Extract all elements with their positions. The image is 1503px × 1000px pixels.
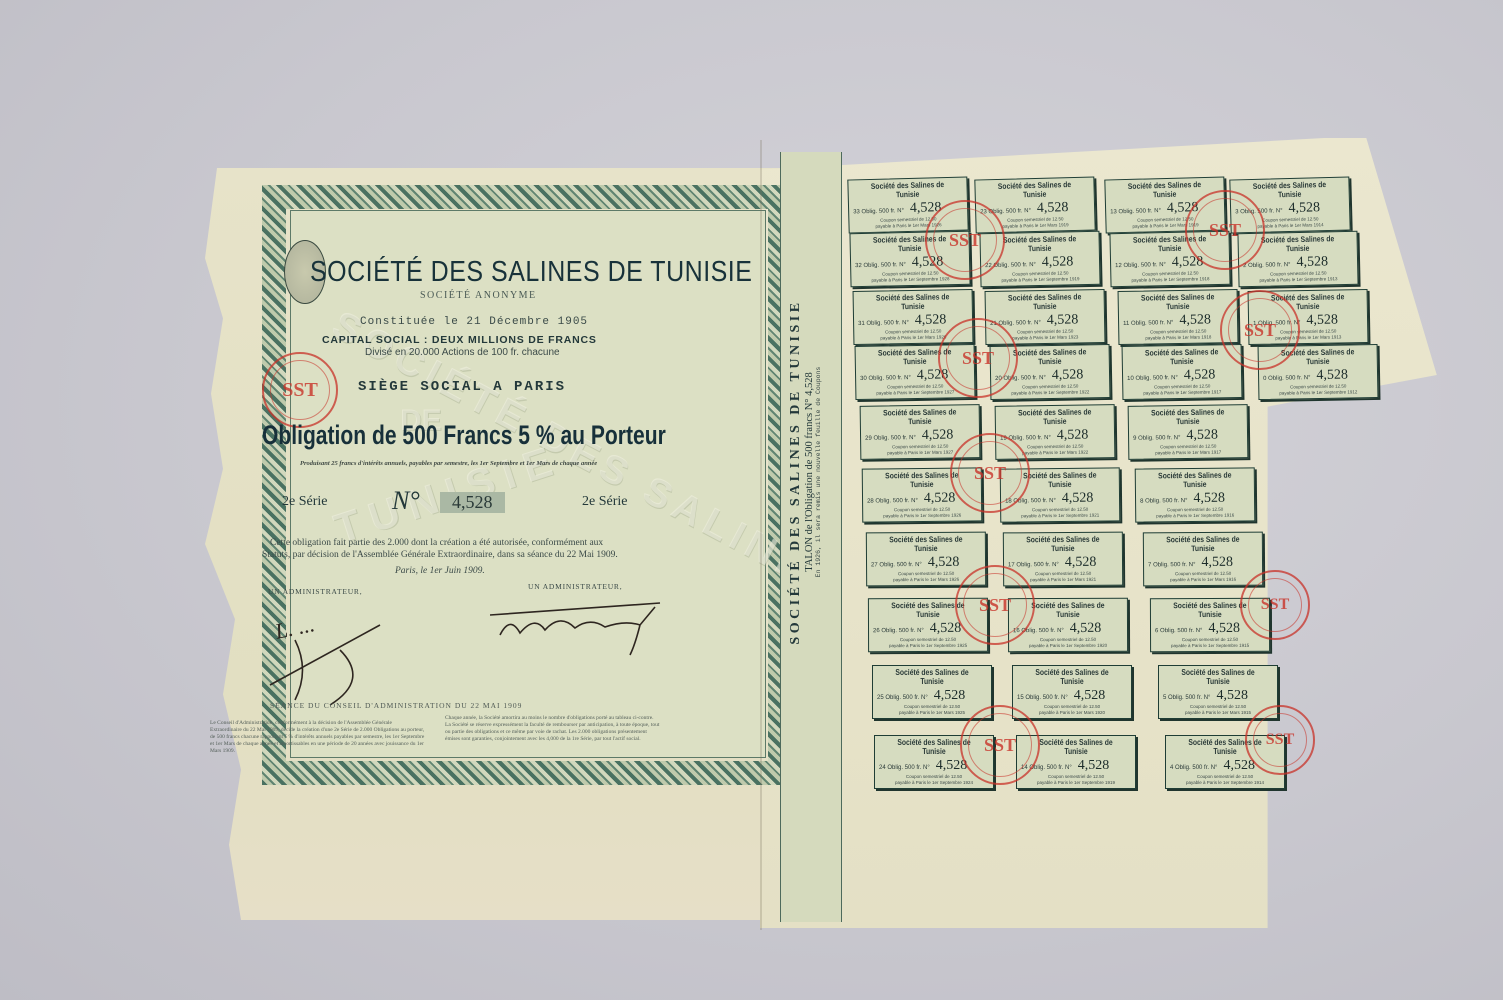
coupon-payable-date: payable à Paris le 1er Mars 1920 — [1017, 710, 1127, 716]
coupon-number-line: 5 Oblig. 500 fr. N°4,528 — [1163, 688, 1273, 704]
coupon-index: 10 — [1127, 376, 1134, 382]
coupon-oblig-label: Oblig. 500 fr. N° — [866, 320, 909, 327]
coupon-index: 7 — [1148, 562, 1151, 568]
coupon-index: 4 — [1170, 765, 1173, 771]
coupon-bond-number: 4,528 — [928, 555, 960, 570]
coupon-bond-number: 4,528 — [1288, 200, 1320, 216]
coupon-bond-number: 4,528 — [1223, 758, 1255, 773]
coupon-bond-number: 4,528 — [1193, 491, 1225, 506]
coupon-index: 15 — [1017, 695, 1024, 701]
coupon-index: 5 — [1163, 695, 1166, 701]
coupon-payable-date: payable à Paris le 1er Mars 1917 — [1133, 449, 1243, 457]
coupon-number-line: 29 Oblig. 500 fr. N°4,528 — [865, 427, 975, 445]
coupon-header: Société des Salines de Tunisie — [1118, 180, 1212, 200]
coupon-bond-number: 4,528 — [1296, 254, 1328, 270]
coupon-payable-date: payable à Paris le 1er Mars 1918 — [1123, 334, 1233, 342]
coupon-bond-number: 4,528 — [1184, 367, 1216, 383]
coupon-oblig-label: Oblig. 500 fr. N° — [1160, 628, 1202, 634]
board-text-right: Chaque année, la Société amortira au moi… — [445, 715, 660, 743]
coupon-payable-date: payable à Paris le 1er Mars 1916 — [1148, 577, 1258, 584]
company-title: SOCIÉTÉ DES SALINES DE TUNISIE — [310, 256, 752, 289]
coupon-header: Société des Salines de Tunisie — [1025, 668, 1119, 686]
coupon-bond-number: 4,528 — [930, 621, 962, 636]
signatory-label-right: UN ADMINISTRATEUR, — [528, 582, 622, 591]
coupon-bond-number: 4,528 — [1047, 312, 1079, 328]
coupon-header: Société des Salines de Tunisie — [1029, 738, 1123, 756]
coupon-index: 13 — [1110, 209, 1117, 215]
coupon-oblig-label: Oblig. 500 fr. N° — [993, 262, 1036, 269]
coupon-oblig-label: Oblig. 500 fr. N° — [1021, 628, 1063, 634]
coupon-number-line: 9 Oblig. 500 fr. N°4,528 — [1133, 427, 1243, 445]
coupon-payable-date: payable à Paris le 1er Septembre 1915 — [1155, 643, 1265, 649]
talon-note: En 1926, il sera remis une nouvelle feui… — [815, 122, 822, 822]
talon-company: SOCIÉTÉ DES SALINES DE TUNISIE — [788, 122, 804, 822]
coupon-index: 32 — [855, 263, 862, 269]
coupon-bond-number: 4,528 — [1052, 367, 1084, 383]
constitution-date: Constituée le 21 Décembre 1905 — [360, 316, 588, 328]
coupon-oblig-label: Oblig. 500 fr. N° — [1153, 562, 1195, 568]
coupon-header: Société des Salines de Tunisie — [1148, 471, 1242, 490]
capital-division: Divisé en 20.000 Actions de 100 fr. chac… — [365, 347, 560, 358]
coupon-stamp-icon: SST — [1220, 290, 1300, 370]
series-right: 2e Série — [582, 494, 627, 510]
certificate-number: 4,528 — [440, 492, 505, 513]
coupon-bond-number: 4,528 — [1208, 621, 1240, 636]
coupon-stamp-icon: SST — [955, 565, 1035, 645]
coupon-payable-date: payable à Paris le 1er Septembre 1921 — [1005, 512, 1115, 519]
coupon-bond-number: 4,528 — [1078, 758, 1110, 773]
coupon-bond-number: 4,528 — [1037, 200, 1069, 216]
coupon-header: Société des Salines de Tunisie — [1016, 535, 1110, 554]
board-session-heading: SÉANCE DU CONSEIL D'ADMINISTRATION DU 22… — [270, 701, 522, 710]
coupon-index: 12 — [1115, 263, 1122, 269]
coupon-bond-number: 4,528 — [1179, 312, 1211, 328]
coupon-header: Société des Salines de Tunisie — [873, 407, 967, 426]
coupon-bond-number: 4,528 — [1186, 428, 1218, 443]
coupon-payable-date: payable à Paris le 1er Septembre 1918 — [1115, 276, 1225, 284]
coupon-oblig-label: Oblig. 500 fr. N° — [1118, 208, 1161, 215]
stamp-monogram: SST — [282, 379, 318, 402]
coupon-number-line: 10 Oblig. 500 fr. N°4,528 — [1127, 367, 1237, 385]
coupon-number-line: 14 Oblig. 500 fr. N°4,528 — [1021, 758, 1131, 774]
coupon-bond-number: 4,528 — [1306, 312, 1338, 328]
coupon-index: 9 — [1133, 436, 1136, 442]
coupon-oblig-label: Oblig. 500 fr. N° — [881, 628, 923, 634]
coupon-header: Société des Salines de Tunisie — [861, 180, 955, 200]
coupon-payable-date: payable à Paris le 1er Septembre 1922 — [995, 389, 1105, 397]
coupon-number-line: 15 Oblig. 500 fr. N°4,528 — [1017, 688, 1127, 704]
legal-form: SOCIÉTÉ ANONYME — [420, 290, 537, 301]
coupon-oblig-label: Oblig. 500 fr. N° — [863, 262, 906, 269]
fold-line — [760, 140, 762, 930]
coupon-index: 31 — [858, 321, 865, 327]
coupon-index: 24 — [879, 765, 886, 771]
coupon-stamp-icon: SST — [1245, 705, 1315, 775]
coupon-oblig-label: Oblig. 500 fr. N° — [1168, 695, 1210, 701]
coupon-payable-date: payable à Paris le 1er Septembre 1917 — [1127, 389, 1237, 397]
coupon-payable-date: payable à Paris le 1er Septembre 1919 — [1021, 780, 1131, 786]
coupon-stamp-icon: SST — [950, 433, 1030, 513]
coupon-payable-date: payable à Paris le 1er Septembre 1919 — [985, 276, 1095, 284]
coupon-oblig-label: Oblig. 500 fr. N° — [1248, 262, 1291, 269]
coupon-bond-number: 4,528 — [922, 428, 954, 443]
bond-headline: Obligation de 500 Francs 5 % au Porteur — [262, 420, 666, 451]
coupon-index: 26 — [873, 628, 880, 634]
coupon: Société des Salines de Tunisie9 Oblig. 5… — [1128, 404, 1249, 460]
coupon-number-line: 27 Oblig. 500 fr. N°4,528 — [871, 555, 981, 572]
place-date: Paris, le 1er Juin 1909. — [395, 566, 485, 576]
talon-title: TALON de l'Obligation de 500 francs N° 4… — [804, 122, 815, 822]
coupon-index: 25 — [877, 695, 884, 701]
signature-left-flourish-icon — [260, 600, 410, 710]
coupon-header: Société des Salines de Tunisie — [1156, 535, 1250, 554]
coupon-index: 30 — [860, 376, 867, 382]
coupon-stamp-icon: SST — [938, 318, 1018, 398]
coupon-bond-number: 4,528 — [1062, 491, 1094, 506]
coupon-oblig-label: Oblig. 500 fr. N° — [885, 695, 927, 701]
registered-office: SIÈGE SOCIAL A PARIS — [358, 379, 566, 395]
coupon: Société des Salines de Tunisie25 Oblig. … — [872, 665, 992, 719]
coupon-bond-number: 4,528 — [1316, 367, 1348, 383]
coupon-bond-number: 4,528 — [1042, 254, 1074, 270]
coupon-bond-number: 4,528 — [1074, 688, 1106, 703]
coupon-oblig-label: Oblig. 500 fr. N° — [1131, 320, 1174, 327]
coupon-number-line: 11 Oblig. 500 fr. N°4,528 — [1123, 312, 1233, 330]
coupon-stamp-icon: SST — [925, 200, 1005, 280]
coupon-header: Société des Salines de Tunisie — [1021, 601, 1115, 619]
coupon-bond-number: 4,528 — [1057, 428, 1089, 443]
coupon-oblig-label: Oblig. 500 fr. N° — [1175, 765, 1217, 771]
coupon-index: 33 — [853, 209, 860, 215]
coupon-stamp-icon: SST — [1185, 190, 1265, 270]
talon-text: SOCIÉTÉ DES SALINES DE TUNISIE TALON de … — [788, 122, 822, 822]
coupon-number-line: 8 Oblig. 500 fr. N°4,528 — [1140, 490, 1250, 507]
coupon: Société des Salines de Tunisie15 Oblig. … — [1012, 665, 1132, 719]
coupon-oblig-label: Oblig. 500 fr. N° — [1016, 562, 1058, 568]
coupon-header: Société des Salines de Tunisie — [1131, 292, 1225, 312]
coupon-bond-number: 4,528 — [915, 312, 947, 328]
coupon-header: Société des Salines de Tunisie — [1008, 407, 1102, 426]
coupon-index: 28 — [867, 499, 874, 505]
coupon-index: 8 — [1140, 499, 1143, 505]
coupon-payable-date: payable à Paris le 1er Septembre 1913 — [1243, 276, 1353, 284]
coupon-oblig-label: Oblig. 500 fr. N° — [1145, 498, 1187, 504]
authorization-text-line1: Cette obligation fait partie des 2.000 d… — [270, 538, 603, 548]
signature-right-icon — [490, 595, 690, 665]
coupon-header: Société des Salines de Tunisie — [1135, 347, 1229, 367]
coupon-oblig-label: Oblig. 500 fr. N° — [1135, 375, 1178, 382]
coupon-index: 6 — [1155, 628, 1158, 634]
coupon-oblig-label: Oblig. 500 fr. N° — [868, 375, 911, 382]
coupon-header: Société des Salines de Tunisie — [879, 535, 973, 554]
signatory-label-left: UN ADMINISTRATEUR, — [268, 587, 362, 596]
coupon-payable-date: payable à Paris le 1er Septembre 1914 — [1170, 780, 1280, 786]
coupon-payable-date: payable à Paris le 1er Septembre 1925 — [873, 643, 983, 649]
coupon-oblig-label: Oblig. 500 fr. N° — [887, 765, 929, 771]
coupon-index: 11 — [1123, 321, 1129, 327]
coupon-payable-date: payable à Paris le 1er Septembre 1928 — [855, 276, 965, 284]
coupon-stamp-icon: SST — [1240, 570, 1310, 640]
coupon-number-line: 0 Oblig. 500 fr. N°4,528 — [1263, 367, 1373, 385]
series-left: 2e Série — [282, 494, 327, 510]
coupon-oblig-label: Oblig. 500 fr. N° — [879, 562, 921, 568]
coupon: Société des Salines de Tunisie8 Oblig. 5… — [1135, 467, 1256, 522]
coupon-oblig-label: Oblig. 500 fr. N° — [873, 435, 916, 442]
coupon-number-line: 21 Oblig. 500 fr. N°4,528 — [990, 312, 1100, 330]
coupon-payable-date: payable à Paris le 1er Septembre 1926 — [867, 512, 977, 519]
coupon-bond-number: 4,528 — [1065, 555, 1097, 570]
coupon-oblig-label: Oblig. 500 fr. N° — [875, 498, 917, 504]
coupon-oblig-label: Oblig. 500 fr. N° — [861, 208, 904, 215]
interest-note: Produisant 25 francs d'intérêts annuels,… — [300, 460, 597, 467]
coupon-payable-date: payable à Paris le 1er Septembre 1912 — [1263, 389, 1373, 397]
coupon-payable-date: payable à Paris le 1er Mars 1925 — [877, 710, 987, 716]
coupon-oblig-label: Oblig. 500 fr. N° — [1138, 435, 1181, 442]
coupon-number-line: 17 Oblig. 500 fr. N°4,528 — [1008, 555, 1118, 572]
coupon-header: Société des Salines de Tunisie — [998, 292, 1092, 312]
coupon-header: Société des Salines de Tunisie — [993, 234, 1087, 254]
coupon-oblig-label: Oblig. 500 fr. N° — [998, 320, 1041, 327]
coupon-number-line: 25 Oblig. 500 fr. N°4,528 — [877, 688, 987, 704]
coupon-header: Société des Salines de Tunisie — [866, 292, 960, 312]
coupon-bond-number: 4,528 — [1070, 621, 1102, 636]
coupon-oblig-label: Oblig. 500 fr. N° — [1268, 375, 1311, 382]
coupon-bond-number: 4,528 — [924, 491, 956, 506]
coupon-payable-date: payable à Paris le 1er Septembre 1920 — [1013, 643, 1123, 649]
number-label: N° — [392, 486, 420, 516]
share-capital: CAPITAL SOCIAL : DEUX MILLIONS DE FRANCS — [322, 334, 597, 346]
coupon-index: 0 — [1263, 376, 1266, 382]
board-text-left: Le Conseil d'Administration, conformémen… — [210, 720, 425, 755]
coupon-header: Société des Salines de Tunisie — [1251, 234, 1345, 254]
coupon-bond-number: 4,528 — [1216, 688, 1248, 703]
coupon-oblig-label: Oblig. 500 fr. N° — [1123, 262, 1166, 269]
coupon-payable-date: payable à Paris le 1er Septembre 1916 — [1140, 512, 1250, 519]
coupon-number-line: 7 Oblig. 500 fr. N°4,528 — [1148, 555, 1258, 572]
coupon-header: Société des Salines de Tunisie — [988, 180, 1082, 200]
company-stamp-icon: SST — [262, 352, 338, 428]
coupon-stamp-icon: SST — [960, 705, 1040, 785]
coupon-bond-number: 4,528 — [1201, 555, 1233, 570]
coupon-index: 29 — [865, 436, 872, 442]
coupon-header: Société des Salines de Tunisie — [1171, 668, 1265, 686]
coupon-bond-number: 4,528 — [934, 688, 966, 703]
coupon-payable-date: payable à Paris le 1er Septembre 1924 — [879, 780, 989, 786]
coupon-oblig-label: Oblig. 500 fr. N° — [1025, 695, 1067, 701]
coupon-header: Société des Salines de Tunisie — [1141, 407, 1235, 426]
coupon: Société des Salines de Tunisie7 Oblig. 5… — [1143, 532, 1263, 587]
coupon: Société des Salines de Tunisie10 Oblig. … — [1122, 344, 1243, 400]
coupon-index: 27 — [871, 562, 878, 568]
coupon-oblig-label: Oblig. 500 fr. N° — [1029, 765, 1071, 771]
authorization-text-line2: Statuts, par décision de l'Assemblée Gén… — [262, 550, 618, 560]
coupon-header: Société des Salines de Tunisie — [1243, 180, 1337, 200]
coupon-header: Société des Salines de Tunisie — [885, 668, 979, 686]
